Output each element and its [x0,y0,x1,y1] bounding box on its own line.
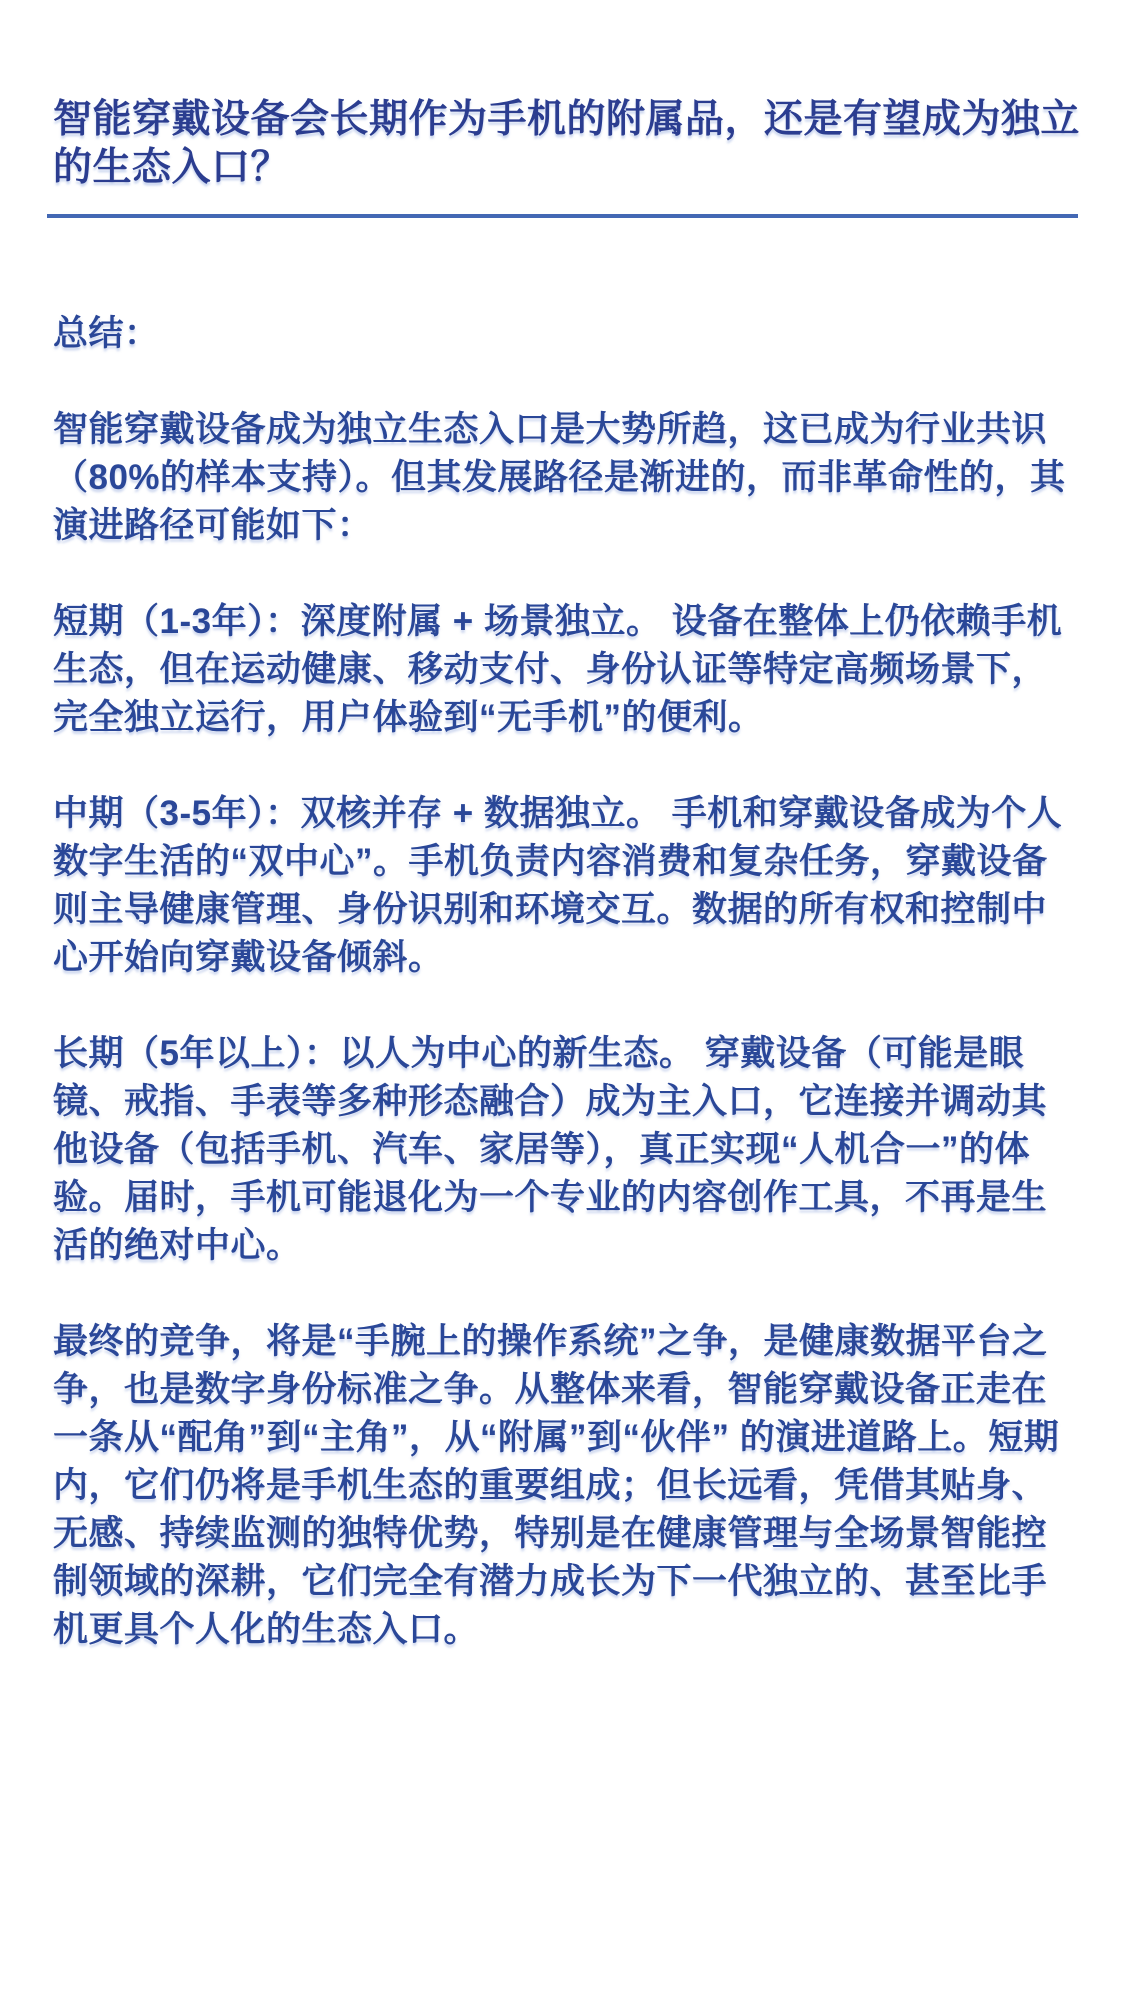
page-title: 智能穿戴设备会长期作为手机的附属品，还是有望成为独立的生态入口？ [53,96,1080,192]
body-paragraph-conclusion: 最终的竞争，将是“手腕上的操作系统”之争，是健康数据平台之争，也是数字身份标准之… [53,1318,1080,1654]
summary-label: 总结： [53,310,1080,358]
body-paragraph-long-term: 长期（5年以上）：以人为中心的新生态。 穿戴设备（可能是眼镜、戒指、手表等多种形… [53,1030,1080,1270]
document-body: 总结： 智能穿戴设备成为独立生态入口是大势所趋，这已成为行业共识（80%的样本支… [53,310,1080,1654]
body-paragraph-overview: 智能穿戴设备成为独立生态入口是大势所趋，这已成为行业共识（80%的样本支持）。但… [53,406,1080,550]
body-paragraph-short-term: 短期（1-3年）：深度附属 + 场景独立。 设备在整体上仍依赖手机生态，但在运动… [53,598,1080,742]
title-divider [47,214,1078,218]
document-page: 智能穿戴设备会长期作为手机的附属品，还是有望成为独立的生态入口？ 总结： 智能穿… [0,0,1125,2000]
body-paragraph-mid-term: 中期（3-5年）：双核并存 + 数据独立。 手机和穿戴设备成为个人数字生活的“双… [53,790,1080,982]
